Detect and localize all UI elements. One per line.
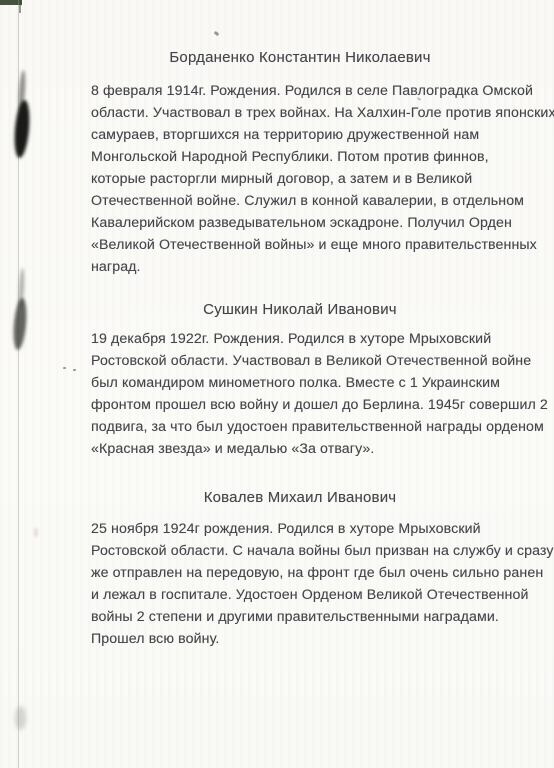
section-paragraph-sushkin: 19 декабря 1922г. Рождения. Родился в ху…	[91, 328, 531, 460]
paragraph-line: 8 февраля 1914г. Рождения. Родился в сел…	[91, 80, 531, 102]
section-paragraph-bordanenko: 8 февраля 1914г. Рождения. Родился в сел…	[91, 80, 531, 278]
scan-speck	[34, 528, 38, 537]
section-paragraph-kovalev: 25 ноября 1924г рождения. Родился в хуто…	[91, 518, 531, 650]
paragraph-line: 19 декабря 1922г. Рождения. Родился в ху…	[91, 328, 531, 350]
paragraph-line: наград.	[91, 256, 531, 278]
paragraph-line: 25 ноября 1924г рождения. Родился в хуто…	[91, 518, 531, 540]
paragraph-line: «Красная звезда» и медалью «За отвагу».	[91, 438, 531, 460]
paragraph-line: подвига, за что был удостоен правительст…	[91, 416, 531, 438]
paragraph-line: Прошел всю войну.	[91, 628, 531, 650]
paragraph-line: Ростовской области. С начала войны был п…	[91, 540, 531, 562]
scan-smudge-bottom	[15, 706, 26, 730]
section-title-bordanenko: Борданенко Константин Николаевич	[80, 48, 520, 68]
paragraph-line: фронтом прошел всю войну и дошел до Берл…	[91, 394, 531, 416]
scan-smudge-middle	[12, 298, 28, 351]
section-title-kovalev: Ковалев Михаил Иванович	[80, 488, 520, 508]
paragraph-line: которые расторгли мирный договор, а зате…	[91, 168, 531, 190]
scan-speck	[214, 31, 220, 37]
paragraph-line: был командиром минометного полка. Вместе…	[91, 372, 531, 394]
paragraph-line: Кавалерийском разведывательном эскадроне…	[91, 212, 531, 234]
paragraph-line: же отправлен на передовую, на фронт где …	[91, 562, 531, 584]
paragraph-line: области. Участвовал в трех войнах. На Ха…	[91, 102, 531, 124]
scanned-page: Борданенко Константин Николаевич 8 февра…	[0, 0, 554, 768]
paragraph-line: войны 2 степени и другими правительствен…	[91, 606, 531, 628]
scan-speck	[73, 369, 76, 371]
scan-corner-mark-stub	[19, 4, 21, 13]
scan-smudge-upper	[12, 100, 31, 159]
paragraph-line: Ростовской области. Участвовал в Великой…	[91, 350, 531, 372]
paragraph-line: «Великой Отечественной войны» и еще мног…	[91, 234, 531, 256]
section-title-sushkin: Сушкин Николай Иванович	[80, 300, 520, 320]
scan-speck	[63, 367, 66, 369]
paragraph-line: самураев, вторгшихся на территорию друже…	[91, 124, 531, 146]
paragraph-line: и лежал в госпитале. Удостоен Орденом Ве…	[91, 584, 531, 606]
paragraph-line: Монгольской Народной Республики. Потом п…	[91, 146, 531, 168]
paragraph-line: Отечественной войне. Служил в конной кав…	[91, 190, 531, 212]
